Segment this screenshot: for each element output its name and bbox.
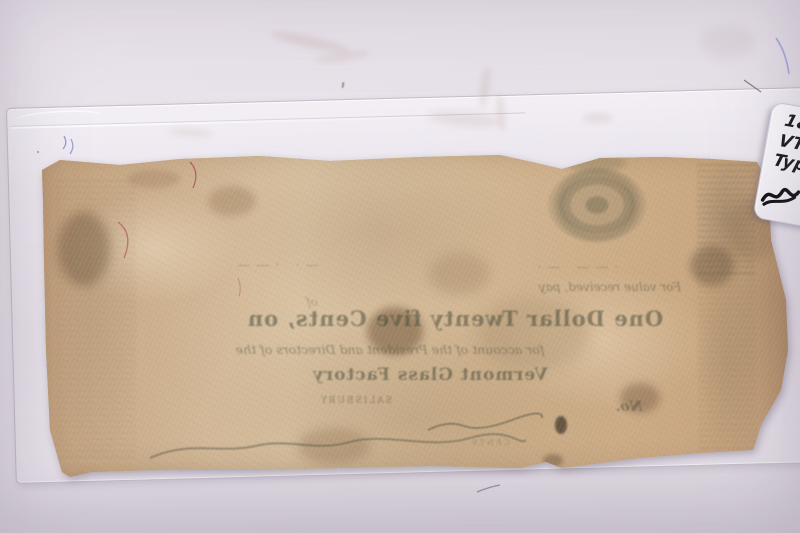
- stain: [58, 212, 110, 286]
- ghost-no-label: No.: [598, 399, 660, 415]
- ghost-line-pay: For value received, pay: [430, 280, 790, 294]
- red-fiber-mark: [238, 278, 240, 296]
- printed-end-panel-left: [56, 178, 136, 458]
- red-fiber-mark: [118, 222, 128, 258]
- ghost-line-top-fragments-left: —· ·——: [170, 258, 380, 273]
- banknote-paper: —· ·—— ·—— —· For value received, pay of…: [40, 150, 788, 477]
- label-handwriting: 181- VT G Type: [770, 111, 800, 179]
- ghost-line-town: SALISBURY: [298, 396, 413, 406]
- seal-vignette-ghost: [548, 168, 646, 242]
- stain: [543, 454, 563, 467]
- blue-thread: [776, 38, 789, 74]
- label-line-3: Type: [770, 151, 800, 179]
- ghost-line-amount: One Dollar Twenty five Cents, on: [170, 306, 740, 331]
- red-fiber-mark: [190, 162, 196, 188]
- stain: [128, 170, 180, 188]
- ghost-line-account: for account of the President and Directo…: [60, 342, 720, 357]
- background-smudge: [700, 26, 755, 58]
- ghost-line-top-fragments-right: ·—— —·: [460, 260, 690, 275]
- background-smudge: [270, 28, 351, 56]
- label-scribble: [757, 178, 800, 217]
- ghost-word-cents: CENTS: [445, 438, 535, 447]
- gray-hair: [477, 485, 500, 492]
- printed-end-panel-right: [698, 270, 756, 455]
- photo: —· ·—— ·—— —· For value received, pay of…: [0, 0, 800, 533]
- background-fleck: [341, 82, 344, 88]
- signature-ghost: [428, 413, 542, 430]
- banknote: —· ·—— ·—— —· For value received, pay of…: [40, 150, 788, 477]
- stain: [298, 428, 370, 464]
- background-smudge: [315, 48, 371, 65]
- stain: [208, 186, 256, 216]
- ghost-line-company: Vermont Glass Factory: [265, 365, 595, 385]
- ink-blot: [555, 416, 567, 434]
- printed-end-panel-right: [697, 164, 755, 274]
